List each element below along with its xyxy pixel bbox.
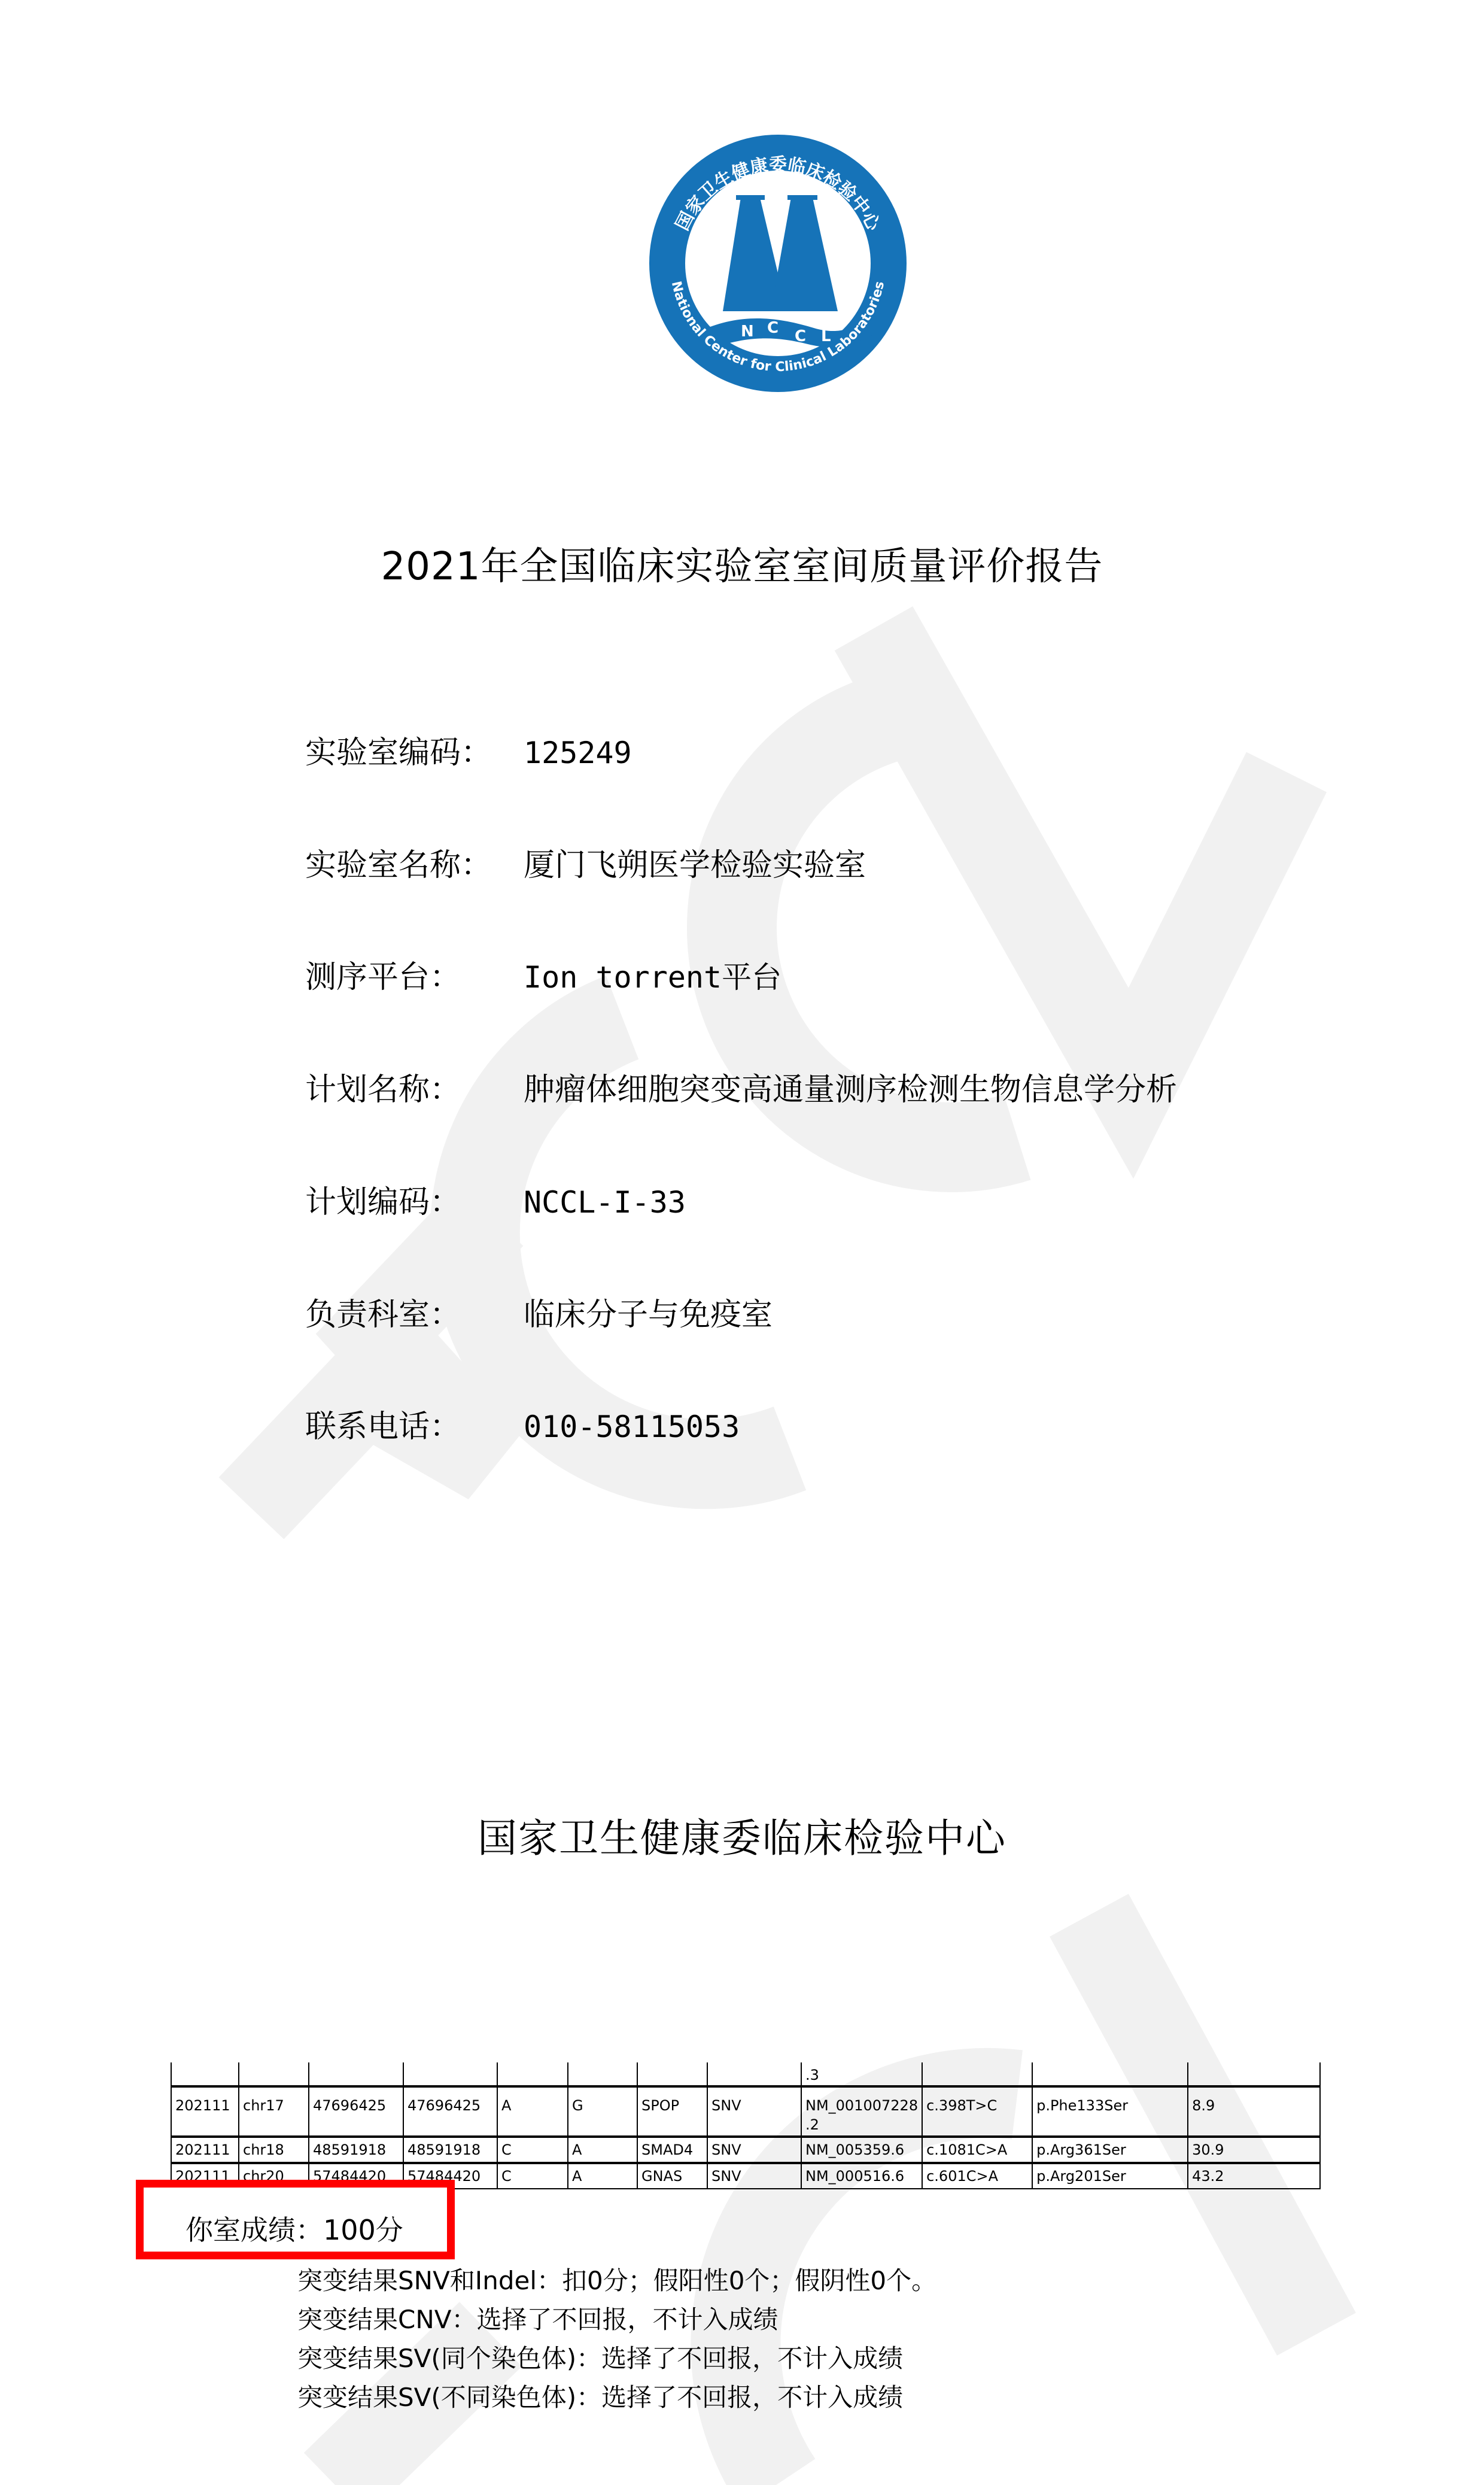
table-cell	[637, 2062, 707, 2086]
result-sv-same-chromosome: 突变结果SV(同个染色体)：选择了不回报，不计入成绩	[297, 2339, 903, 2375]
table-cell-sample-id: 202111	[171, 2086, 239, 2137]
table-cell-ref: A	[497, 2086, 568, 2137]
table-cell-ref: C	[497, 2163, 568, 2189]
table-cell	[171, 2062, 239, 2086]
info-row-plan-name: 计划名称：肿瘤体细胞突变高通量测序检测生物信息学分析	[305, 1064, 1177, 1109]
table-cell-type: SNV	[707, 2137, 801, 2163]
nccl-logo: N C C L 国家卫生健康委临床检验中心 National Center fo…	[634, 120, 922, 407]
table-cell-gene: GNAS	[637, 2163, 707, 2189]
table-cell-type: SNV	[707, 2163, 801, 2189]
svg-text:L: L	[821, 327, 831, 345]
issuing-organization: 国家卫生健康委临床检验中心	[0, 1806, 1484, 1863]
info-value: Ion torrent平台	[524, 953, 781, 997]
table-cell-end: 48591918	[403, 2137, 497, 2163]
table-cell-chromosome: chr18	[239, 2137, 309, 2163]
table-cell-frequency: 43.2	[1188, 2163, 1320, 2189]
table-cell-transcript: NM_000516.6	[801, 2163, 922, 2189]
info-label: 实验室名称：	[305, 840, 524, 885]
table-row: 202111 chr18 48591918 48591918 C A SMAD4…	[171, 2137, 1320, 2163]
table-cell-alt: G	[568, 2086, 637, 2137]
table-cell	[568, 2062, 637, 2086]
table-cell-cdna: c.601C>A	[922, 2163, 1032, 2189]
table-cell-gene: SPOP	[637, 2086, 707, 2137]
lab-score: 你室成绩：100分	[185, 2208, 403, 2248]
info-label: 负责科室：	[305, 1289, 524, 1334]
info-label: 计划名称：	[305, 1064, 524, 1109]
table-cell-protein: p.Arg201Ser	[1032, 2163, 1188, 2189]
info-value: 厦门飞朔医学检验实验室	[524, 840, 866, 885]
table-cell-start: 48591918	[309, 2137, 403, 2163]
table-cell-chromosome: chr17	[239, 2086, 309, 2137]
info-row-platform: 测序平台：Ion torrent平台	[305, 952, 781, 997]
result-snv-indel: 突变结果SNV和Indel：扣0分；假阳性0个；假阴性0个。	[297, 2261, 936, 2297]
info-row-lab-code: 实验室编码：125249	[305, 727, 632, 772]
svg-text:N: N	[741, 323, 754, 341]
info-label: 联系电话：	[305, 1401, 524, 1446]
info-value: 010-58115053	[524, 1409, 740, 1444]
table-cell-cdna: c.1081C>A	[922, 2137, 1032, 2163]
table-cell	[1032, 2062, 1188, 2086]
info-value: 肿瘤体细胞突变高通量测序检测生物信息学分析	[524, 1064, 1177, 1109]
results-table: .3 202111 chr17 47696425 47696425 A G SP…	[171, 2062, 1321, 2189]
table-cell-gene: SMAD4	[637, 2137, 707, 2163]
info-row-plan-code: 计划编码：NCCL-I-33	[305, 1177, 686, 1222]
table-cell-sample-id: 202111	[171, 2137, 239, 2163]
svg-text:C: C	[795, 327, 806, 345]
table-cell	[239, 2062, 309, 2086]
table-cell-transcript: NM_005359.6	[801, 2137, 922, 2163]
table-cell	[1188, 2062, 1320, 2086]
table-cell-alt: A	[568, 2163, 637, 2189]
svg-text:C: C	[767, 319, 779, 337]
info-value: NCCL-I-33	[524, 1185, 686, 1220]
table-cell-start: 47696425	[309, 2086, 403, 2137]
table-cell	[403, 2062, 497, 2086]
table-cell-type: SNV	[707, 2086, 801, 2137]
table-cell	[497, 2062, 568, 2086]
info-row-phone: 联系电话：010-58115053	[305, 1401, 740, 1446]
table-cell-alt: A	[568, 2137, 637, 2163]
table-cell-protein: p.Phe133Ser	[1032, 2086, 1188, 2137]
table-cell-cdna: c.398T>C	[922, 2086, 1032, 2137]
table-cell: .3	[801, 2062, 922, 2086]
table-row-partial: .3	[171, 2062, 1320, 2086]
table-cell-frequency: 30.9	[1188, 2137, 1320, 2163]
table-cell	[707, 2062, 801, 2086]
result-sv-different-chromosome: 突变结果SV(不同染色体)：选择了不回报，不计入成绩	[297, 2378, 903, 2414]
info-row-lab-name: 实验室名称：厦门飞朔医学检验实验室	[305, 840, 866, 885]
table-cell-frequency: 8.9	[1188, 2086, 1320, 2137]
table-cell-transcript: NM_001007228 .2	[801, 2086, 922, 2137]
score-highlight-box: 你室成绩：100分	[136, 2180, 455, 2259]
table-cell-ref: C	[497, 2137, 568, 2163]
table-cell-protein: p.Arg361Ser	[1032, 2137, 1188, 2163]
info-label: 计划编码：	[305, 1177, 524, 1222]
table-cell	[922, 2062, 1032, 2086]
table-cell-end: 47696425	[403, 2086, 497, 2137]
info-label: 实验室编码：	[305, 727, 524, 772]
info-label: 测序平台：	[305, 952, 524, 997]
info-value: 临床分子与免疫室	[524, 1289, 773, 1334]
table-row: 202111 chr17 47696425 47696425 A G SPOP …	[171, 2086, 1320, 2137]
table-cell	[309, 2062, 403, 2086]
report-title: 2021年全国临床实验室室间质量评价报告	[0, 536, 1484, 591]
result-cnv: 突变结果CNV：选择了不回报，不计入成绩	[297, 2300, 778, 2336]
info-row-department: 负责科室：临床分子与免疫室	[305, 1289, 773, 1334]
info-value: 125249	[524, 736, 632, 770]
